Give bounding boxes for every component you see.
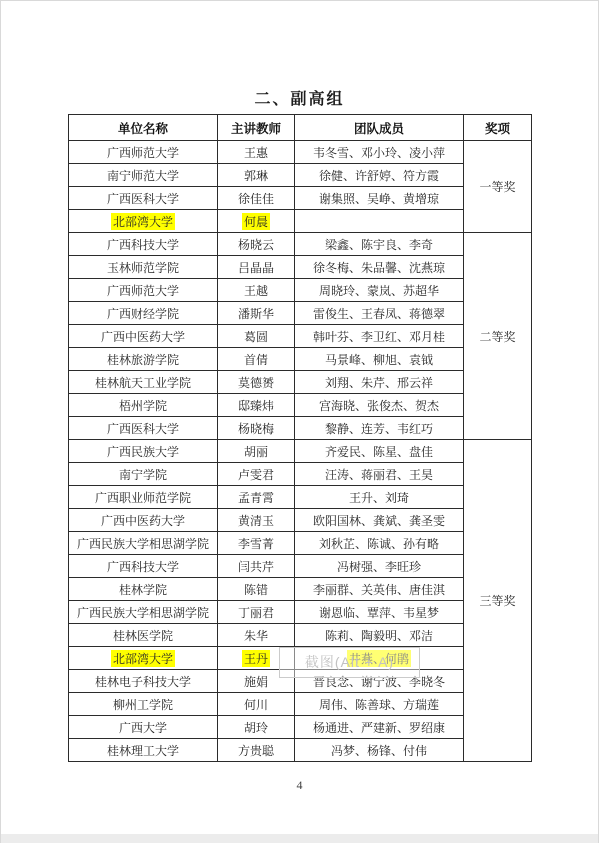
unit-name-cell: 北部湾大学 — [69, 647, 218, 670]
table-row: 桂林理工大学方贵聪冯梦、杨锋、付伟 — [69, 739, 532, 762]
team-members-cell: 汪涛、蒋丽君、王昊 — [295, 463, 464, 486]
team-members-cell: 王升、刘琦 — [295, 486, 464, 509]
unit-name-cell: 广西中医药大学 — [69, 509, 218, 532]
team-members-cell: 李丽群、关英伟、唐佳淇 — [295, 578, 464, 601]
table-row: 广西大学胡玲杨通进、严建新、罗绍康 — [69, 716, 532, 739]
table-row: 桂林医学院朱华陈莉、陶毅明、邓洁 — [69, 624, 532, 647]
team-members-cell: 杨通进、严建新、罗绍康 — [295, 716, 464, 739]
teacher-name-cell: 吕晶晶 — [218, 256, 295, 279]
team-members-cell: 刘秋芷、陈诚、孙有略 — [295, 532, 464, 555]
teacher-name-cell: 何川 — [218, 693, 295, 716]
unit-name-cell: 桂林航天工业学院 — [69, 371, 218, 394]
unit-name-cell: 南宁学院 — [69, 463, 218, 486]
teacher-name-cell: 潘斯华 — [218, 302, 295, 325]
team-members-cell: 韩叶芬、李卫红、邓月桂 — [295, 325, 464, 348]
unit-name-cell: 广西大学 — [69, 716, 218, 739]
unit-name-cell: 桂林理工大学 — [69, 739, 218, 762]
table-row: 广西中医药大学葛圆韩叶芬、李卫红、邓月桂 — [69, 325, 532, 348]
team-members-cell: 黎静、连芳、韦红巧 — [295, 417, 464, 440]
highlighted-text: 北部湾大学 — [111, 213, 175, 230]
unit-name-cell: 南宁师范大学 — [69, 164, 218, 187]
team-members-cell: 马景峰、柳旭、袁钺 — [295, 348, 464, 371]
unit-name-cell: 桂林旅游学院 — [69, 348, 218, 371]
teacher-name-cell: 杨晓梅 — [218, 417, 295, 440]
highlighted-text: 北部湾大学 — [111, 650, 175, 667]
unit-name-cell: 北部湾大学 — [69, 210, 218, 233]
team-members-cell: 雷俊生、王春凤、蒋德翠 — [295, 302, 464, 325]
teacher-name-cell: 方贵聪 — [218, 739, 295, 762]
table-row: 南宁师范大学郭琳徐健、许舒婷、符方霞 — [69, 164, 532, 187]
teacher-name-cell: 莫德赟 — [218, 371, 295, 394]
teacher-name-cell: 邸臻炜 — [218, 394, 295, 417]
table-row: 广西民族大学相思湖学院丁丽君谢恩临、覃萍、韦星梦 — [69, 601, 532, 624]
team-members-cell: 周伟、陈善球、方瑞莲 — [295, 693, 464, 716]
table-row: 桂林学院陈错李丽群、关英伟、唐佳淇 — [69, 578, 532, 601]
table-row: 广西职业师范学院孟青霄王升、刘琦 — [69, 486, 532, 509]
teacher-name-cell: 胡丽 — [218, 440, 295, 463]
unit-name-cell: 广西民族大学 — [69, 440, 218, 463]
team-members-cell: 韦冬雪、邓小玲、凌小萍 — [295, 141, 464, 164]
unit-name-cell: 玉林师范学院 — [69, 256, 218, 279]
table-row: 北部湾大学何晨 — [69, 210, 532, 233]
team-members-cell: 梁鑫、陈宇良、李奇 — [295, 233, 464, 256]
teacher-name-cell: 胡玲 — [218, 716, 295, 739]
table-row: 广西民族大学胡丽齐爱民、陈星、盘佳三等奖 — [69, 440, 532, 463]
team-members-cell: 徐健、许舒婷、符方霞 — [295, 164, 464, 187]
unit-name-cell: 广西科技大学 — [69, 555, 218, 578]
unit-name-cell: 桂林医学院 — [69, 624, 218, 647]
table-row: 玉林师范学院吕晶晶徐冬梅、朱品馨、沈燕琼 — [69, 256, 532, 279]
header-lead-teacher: 主讲教师 — [218, 115, 295, 141]
teacher-name-cell: 王惠 — [218, 141, 295, 164]
page-bottom-gap — [0, 834, 599, 843]
unit-name-cell: 广西民族大学相思湖学院 — [69, 532, 218, 555]
team-members-cell: 周晓玲、蒙岚、苏超华 — [295, 279, 464, 302]
screenshot-hint-watermark: 截图(Alt + A) — [279, 647, 420, 678]
highlighted-text: 王丹 — [242, 650, 270, 667]
team-members-cell: 冯树强、李旺珍 — [295, 555, 464, 578]
header-unit-name: 单位名称 — [69, 115, 218, 141]
table-row: 广西师范大学王惠韦冬雪、邓小玲、凌小萍一等奖 — [69, 141, 532, 164]
unit-name-cell: 广西师范大学 — [69, 279, 218, 302]
teacher-name-cell: 李雪菁 — [218, 532, 295, 555]
unit-name-cell: 柳州工学院 — [69, 693, 218, 716]
unit-name-cell: 广西财经学院 — [69, 302, 218, 325]
teacher-name-cell: 徐佳佳 — [218, 187, 295, 210]
team-members-cell: 谢恩临、覃萍、韦星梦 — [295, 601, 464, 624]
team-members-cell: 宫海晓、张俊杰、贺杰 — [295, 394, 464, 417]
teacher-name-cell: 丁丽君 — [218, 601, 295, 624]
table-row: 梧州学院邸臻炜宫海晓、张俊杰、贺杰 — [69, 394, 532, 417]
team-members-cell: 欧阳国林、龚斌、龚圣雯 — [295, 509, 464, 532]
teacher-name-cell: 葛圆 — [218, 325, 295, 348]
unit-name-cell: 广西师范大学 — [69, 141, 218, 164]
header-team-members: 团队成员 — [295, 115, 464, 141]
teacher-name-cell: 王越 — [218, 279, 295, 302]
teacher-name-cell: 首倩 — [218, 348, 295, 371]
table-header-row: 单位名称 主讲教师 团队成员 奖项 — [69, 115, 532, 141]
unit-name-cell: 桂林学院 — [69, 578, 218, 601]
team-members-cell: 齐爱民、陈星、盘佳 — [295, 440, 464, 463]
page-number: 4 — [0, 778, 599, 793]
table-row: 广西民族大学相思湖学院李雪菁刘秋芷、陈诚、孙有略 — [69, 532, 532, 555]
teacher-name-cell: 杨晓云 — [218, 233, 295, 256]
unit-name-cell: 广西职业师范学院 — [69, 486, 218, 509]
unit-name-cell: 广西医科大学 — [69, 417, 218, 440]
header-award: 奖项 — [464, 115, 532, 141]
unit-name-cell: 广西中医药大学 — [69, 325, 218, 348]
table-row: 广西医科大学徐佳佳谢集照、吴峥、黄增琼 — [69, 187, 532, 210]
award-group-cell: 三等奖 — [464, 440, 532, 762]
highlighted-text: 何晨 — [242, 213, 270, 230]
award-group-cell: 二等奖 — [464, 233, 532, 440]
team-members-cell: 陈莉、陶毅明、邓洁 — [295, 624, 464, 647]
unit-name-cell: 广西民族大学相思湖学院 — [69, 601, 218, 624]
teacher-name-cell: 朱华 — [218, 624, 295, 647]
teacher-name-cell: 黄清玉 — [218, 509, 295, 532]
unit-name-cell: 广西医科大学 — [69, 187, 218, 210]
teacher-name-cell: 陈错 — [218, 578, 295, 601]
teacher-name-cell: 郭琳 — [218, 164, 295, 187]
unit-name-cell: 广西科技大学 — [69, 233, 218, 256]
table-row: 广西财经学院潘斯华雷俊生、王春凤、蒋德翠 — [69, 302, 532, 325]
page-title: 二、副高组 — [68, 86, 531, 109]
table-row: 广西师范大学王越周晓玲、蒙岚、苏超华 — [69, 279, 532, 302]
teacher-name-cell: 卢雯君 — [218, 463, 295, 486]
team-members-cell — [295, 210, 464, 233]
team-members-cell: 刘翔、朱芹、邢云祥 — [295, 371, 464, 394]
table-row: 桂林旅游学院首倩马景峰、柳旭、袁钺 — [69, 348, 532, 371]
table-row: 广西中医药大学黄清玉欧阳国林、龚斌、龚圣雯 — [69, 509, 532, 532]
team-members-cell: 谢集照、吴峥、黄增琼 — [295, 187, 464, 210]
table-row: 广西科技大学闫共芹冯树强、李旺珍 — [69, 555, 532, 578]
table-row: 广西医科大学杨晓梅黎静、连芳、韦红巧 — [69, 417, 532, 440]
teacher-name-cell: 孟青霄 — [218, 486, 295, 509]
team-members-cell: 徐冬梅、朱品馨、沈燕琼 — [295, 256, 464, 279]
table-row: 广西科技大学杨晓云梁鑫、陈宇良、李奇二等奖 — [69, 233, 532, 256]
table-row: 南宁学院卢雯君汪涛、蒋丽君、王昊 — [69, 463, 532, 486]
table-row: 桂林航天工业学院莫德赟刘翔、朱芹、邢云祥 — [69, 371, 532, 394]
teacher-name-cell: 闫共芹 — [218, 555, 295, 578]
team-members-cell: 冯梦、杨锋、付伟 — [295, 739, 464, 762]
unit-name-cell: 梧州学院 — [69, 394, 218, 417]
table-row: 柳州工学院何川周伟、陈善球、方瑞莲 — [69, 693, 532, 716]
teacher-name-cell: 何晨 — [218, 210, 295, 233]
unit-name-cell: 桂林电子科技大学 — [69, 670, 218, 693]
award-group-cell: 一等奖 — [464, 141, 532, 233]
